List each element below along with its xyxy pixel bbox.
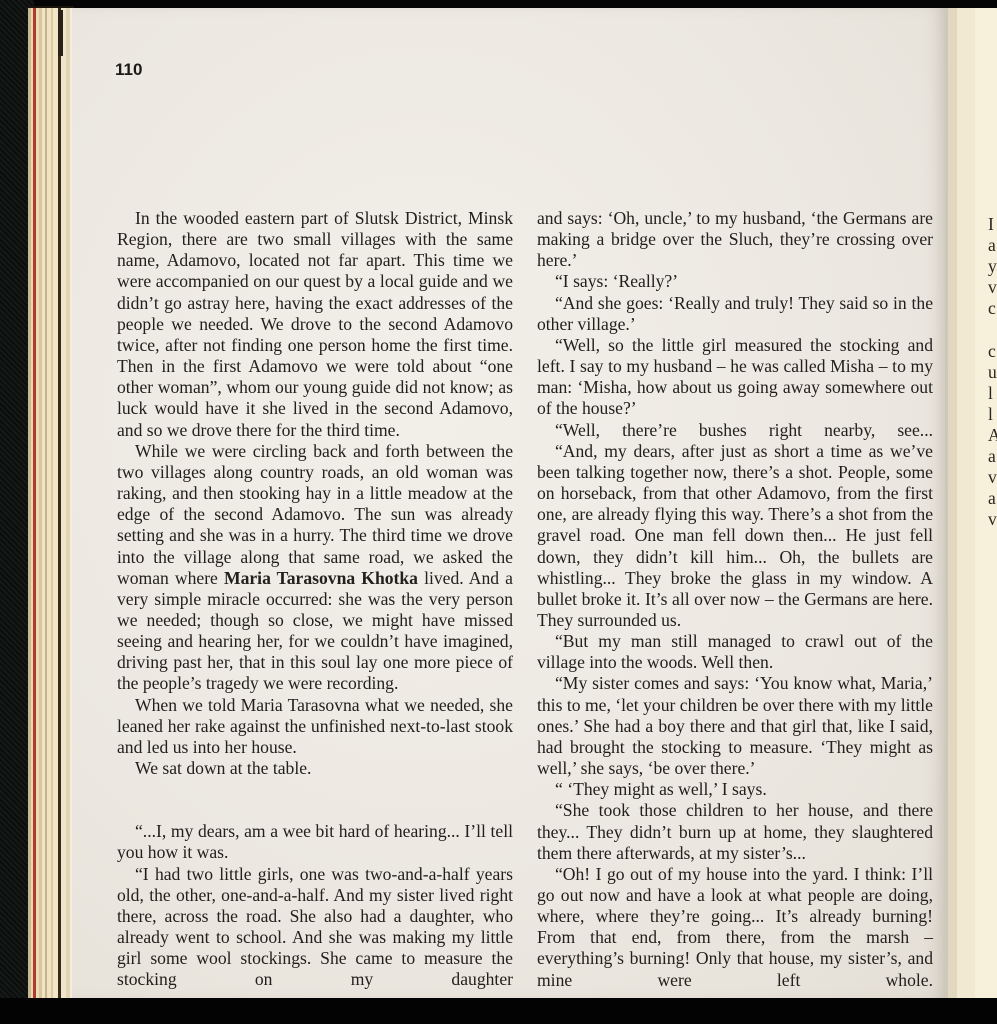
fragment-letter: l [988, 383, 997, 404]
paragraph: “My sister comes and says: ‘You know wha… [537, 673, 933, 779]
paragraph: “But my man still managed to crawl out o… [537, 631, 933, 673]
paragraph: “ ‘They might as well,’ I says. [537, 779, 933, 800]
paragraph-text: “She took those children to her house, a… [537, 800, 933, 862]
paragraph: We sat down at the table. [117, 758, 513, 779]
paragraph: “And she goes: ‘Really and truly! They s… [537, 293, 933, 335]
paragraph: In the wooded eastern part of Slutsk Dis… [117, 208, 513, 441]
paragraph: “Oh! I go out of my house into the yard.… [537, 864, 933, 991]
paragraph-text: “Oh! I go out of my house into the yard.… [537, 864, 933, 990]
background-shadow [0, 998, 997, 1024]
paragraph: and says: ‘Oh, uncle,’ to my husband, ‘t… [537, 208, 933, 271]
left-text-column: In the wooded eastern part of Slutsk Dis… [117, 208, 513, 990]
fragment-letter: y [988, 256, 997, 277]
fragment-letter: a [988, 235, 997, 256]
paragraph-text: In the wooded eastern part of Slutsk Dis… [117, 208, 513, 440]
paragraph-text: “I had two little girls, one was two-and… [117, 864, 513, 990]
right-text-column: and says: ‘Oh, uncle,’ to my husband, ‘t… [537, 208, 933, 991]
paragraph: “I had two little girls, one was two-and… [117, 864, 513, 991]
paragraph-text: While we were circling back and forth be… [117, 441, 513, 588]
paragraph-text: When we told Maria Tarasovna what we nee… [117, 695, 513, 757]
facing-page-text-fragment: IayvccullAavav [988, 214, 997, 530]
paragraph-text: We sat down at the table. [135, 758, 311, 778]
paragraph: “She took those children to her house, a… [537, 800, 933, 863]
bold-name: Maria Tarasovna Khotka [224, 568, 418, 588]
facing-page-edge: IayvccullAavav [945, 8, 997, 999]
paragraph: “I says: ‘Really?’ [537, 271, 933, 292]
fragment-letter: u [988, 362, 997, 383]
fragment-letter [988, 319, 997, 340]
fragment-letter: a [988, 446, 997, 467]
paragraph-text: “And she goes: ‘Really and truly! They s… [537, 293, 933, 334]
fragment-letter: v [988, 467, 997, 488]
fragment-letter: c [988, 298, 997, 319]
paragraph: While we were circling back and forth be… [117, 441, 513, 695]
paragraph-text: “I says: ‘Really?’ [555, 271, 678, 291]
fragment-letter: l [988, 404, 997, 425]
fragment-letter: A [988, 425, 997, 446]
paragraph-text: and says: ‘Oh, uncle,’ to my husband, ‘t… [537, 208, 933, 270]
paragraph-text: “ ‘They might as well,’ I says. [555, 779, 767, 799]
paragraph: “And, my dears, after just as short a ti… [537, 441, 933, 631]
bookmark-ribbon [58, 10, 63, 56]
paragraph: “Well, there’re bushes right nearby, see… [537, 420, 933, 441]
paragraph-text: “Well, so the little girl measured the s… [537, 335, 933, 418]
fragment-letter: a [988, 488, 997, 509]
paragraph-text: “My sister comes and says: ‘You know wha… [537, 673, 933, 778]
fragment-letter: I [988, 214, 997, 235]
paragraph: “...I, my dears, am a wee bit hard of he… [117, 821, 513, 863]
paragraph-text: “Well, there’re bushes right nearby, see… [555, 420, 933, 440]
paragraph-text: “But my man still managed to crawl out o… [537, 631, 933, 672]
fragment-letter: c [988, 341, 997, 362]
book-page: 110 In the wooded eastern part of Slutsk… [72, 8, 947, 999]
paragraph: When we told Maria Tarasovna what we nee… [117, 695, 513, 758]
paragraph-text: “...I, my dears, am a wee bit hard of he… [117, 821, 513, 862]
paragraph: “Well, so the little girl measured the s… [537, 335, 933, 420]
page-number: 110 [115, 60, 142, 80]
fragment-letter: v [988, 509, 997, 530]
fragment-letter: v [988, 277, 997, 298]
paragraph-text: “And, my dears, after just as short a ti… [537, 441, 933, 630]
page-stack-edges [28, 6, 74, 1002]
